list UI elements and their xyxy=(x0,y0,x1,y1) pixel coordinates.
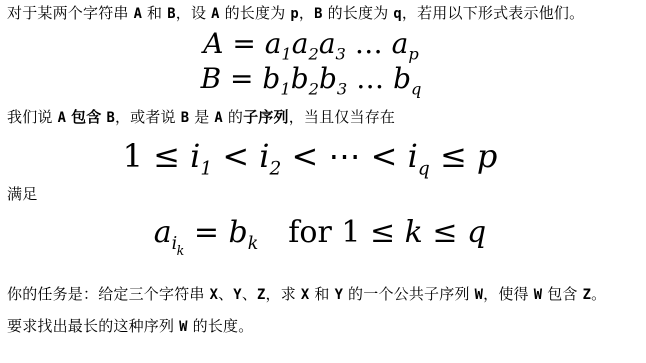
math-variable: a xyxy=(392,27,409,60)
math-operator: … xyxy=(347,62,393,95)
math-variable: k xyxy=(405,215,423,250)
text-segment: ，使得 xyxy=(483,285,534,303)
math-variable: b xyxy=(393,62,411,95)
text-segment: 的 xyxy=(223,108,243,126)
code-token: W xyxy=(475,287,484,303)
formula-match-condition: aik = bk for 1 ≤ k ≤ q xyxy=(0,214,643,252)
text-segment: 你的任务是：给定三个字符串 xyxy=(7,285,210,303)
math-subscript: k xyxy=(248,234,259,254)
code-token: A xyxy=(58,110,67,126)
text-segment: 和 xyxy=(309,285,334,303)
text-segment: 的长度。 xyxy=(188,317,254,335)
code-token: Z xyxy=(583,287,592,303)
math-variable: A xyxy=(203,27,223,60)
math-operator: for 1 ≤ xyxy=(258,215,404,250)
text-segment: 。 xyxy=(591,285,606,303)
code-token: B xyxy=(167,6,176,22)
math-subscript: 1 xyxy=(200,158,212,179)
code-token: Y xyxy=(335,287,344,303)
math-variable: i xyxy=(259,137,269,175)
math-operator: = xyxy=(223,27,264,60)
math-operator: < xyxy=(212,137,259,175)
code-token: W xyxy=(179,319,188,335)
math-variable: a xyxy=(154,215,172,250)
text-segment: ，求 xyxy=(266,285,301,303)
text-segment: ，若用以下形式表示他们。 xyxy=(402,4,584,22)
math-variable: b xyxy=(262,62,280,95)
text-segment: 和 xyxy=(142,4,167,22)
math-subscript: q xyxy=(418,158,430,179)
text-segment: 、 xyxy=(242,285,257,303)
satisfy-label: 满足 xyxy=(7,185,640,204)
code-token: Y xyxy=(233,287,242,303)
text-segment: 、 xyxy=(218,285,233,303)
text-segment: 要求找出最长的这种序列 xyxy=(7,317,179,335)
code-token: A xyxy=(214,110,223,126)
math-operator: < ⋯ < xyxy=(281,137,407,175)
text-segment: 是 xyxy=(189,108,214,126)
problem-statement-page: 对于某两个字符串 A 和 B，设 A 的长度为 p，B 的长度为 q，若用以下形… xyxy=(0,0,646,363)
text-segment: 的长度为 xyxy=(220,4,291,22)
bold-text-segment: 子序列 xyxy=(243,108,289,126)
formula-string-definitions: A = a1a2a3 … ap B = b1b2b3 … bq xyxy=(0,26,634,96)
formula-b-definition: B = b1b2b3 … bq xyxy=(0,61,634,96)
math-subscript: q xyxy=(411,80,421,99)
bold-text-segment: 包含 xyxy=(71,108,101,126)
math-variable: p xyxy=(477,137,497,175)
math-variable: i xyxy=(190,137,200,175)
code-token: B xyxy=(314,6,323,22)
text-segment: 包含 xyxy=(542,285,582,303)
math-variable: a xyxy=(292,27,309,60)
formula-a-definition: A = a1a2a3 … ap xyxy=(0,26,634,61)
text-segment: ，或者说 xyxy=(115,108,181,126)
text-segment: 的长度为 xyxy=(323,4,394,22)
code-token: B xyxy=(181,110,190,126)
math-variable: b xyxy=(291,62,309,95)
math-subscript: 2 xyxy=(309,80,319,99)
math-operator: = xyxy=(184,215,228,250)
subsequence-definition-paragraph: 我们说 A 包含 B，或者说 B 是 A 的子序列，当且仅当存在 xyxy=(7,108,640,128)
math-variable: B xyxy=(201,62,222,95)
text-segment: ，当且仅当存在 xyxy=(289,108,395,126)
math-operator: ≤ xyxy=(430,137,477,175)
math-subsubscript: k xyxy=(177,243,185,258)
text-segment: 满足 xyxy=(7,185,37,203)
task-paragraph-line1: 你的任务是：给定三个字符串 X、Y、Z，求 X 和 Y 的一个公共子序列 W，使… xyxy=(7,285,640,305)
text-segment: 的一个公共子序列 xyxy=(343,285,475,303)
math-subscript: 3 xyxy=(337,80,347,99)
formula-index-sequence: 1 ≤ i1 < i2 < ⋯ < iq ≤ p xyxy=(0,136,633,176)
math-variable: b xyxy=(229,215,248,250)
text-segment: 我们说 xyxy=(7,108,58,126)
math-operator: = xyxy=(221,62,262,95)
math-variable: a xyxy=(265,27,282,60)
math-subscript: 1 xyxy=(280,80,290,99)
code-token: Z xyxy=(257,287,266,303)
text-segment: ，设 xyxy=(176,4,211,22)
intro-paragraph: 对于某两个字符串 A 和 B，设 A 的长度为 p，B 的长度为 q，若用以下形… xyxy=(7,4,640,24)
math-variable: b xyxy=(319,62,337,95)
math-variable: a xyxy=(319,27,336,60)
math-operator: … xyxy=(346,27,392,60)
code-token: B xyxy=(106,110,115,126)
math-variable: i xyxy=(408,137,418,175)
math-variable: q xyxy=(467,215,486,250)
code-token: X xyxy=(210,287,219,303)
code-token: A xyxy=(134,6,143,22)
text-segment: 对于某两个字符串 xyxy=(7,4,134,22)
code-token: q xyxy=(393,6,402,22)
code-token: A xyxy=(211,6,220,22)
code-token: W xyxy=(534,287,543,303)
text-segment: ， xyxy=(299,4,314,22)
math-operator: 1 ≤ xyxy=(123,137,191,175)
code-token: p xyxy=(290,6,299,22)
math-subscript: 2 xyxy=(270,158,282,179)
math-operator: ≤ xyxy=(423,215,467,250)
task-paragraph-line2: 要求找出最长的这种序列 W 的长度。 xyxy=(7,317,640,337)
